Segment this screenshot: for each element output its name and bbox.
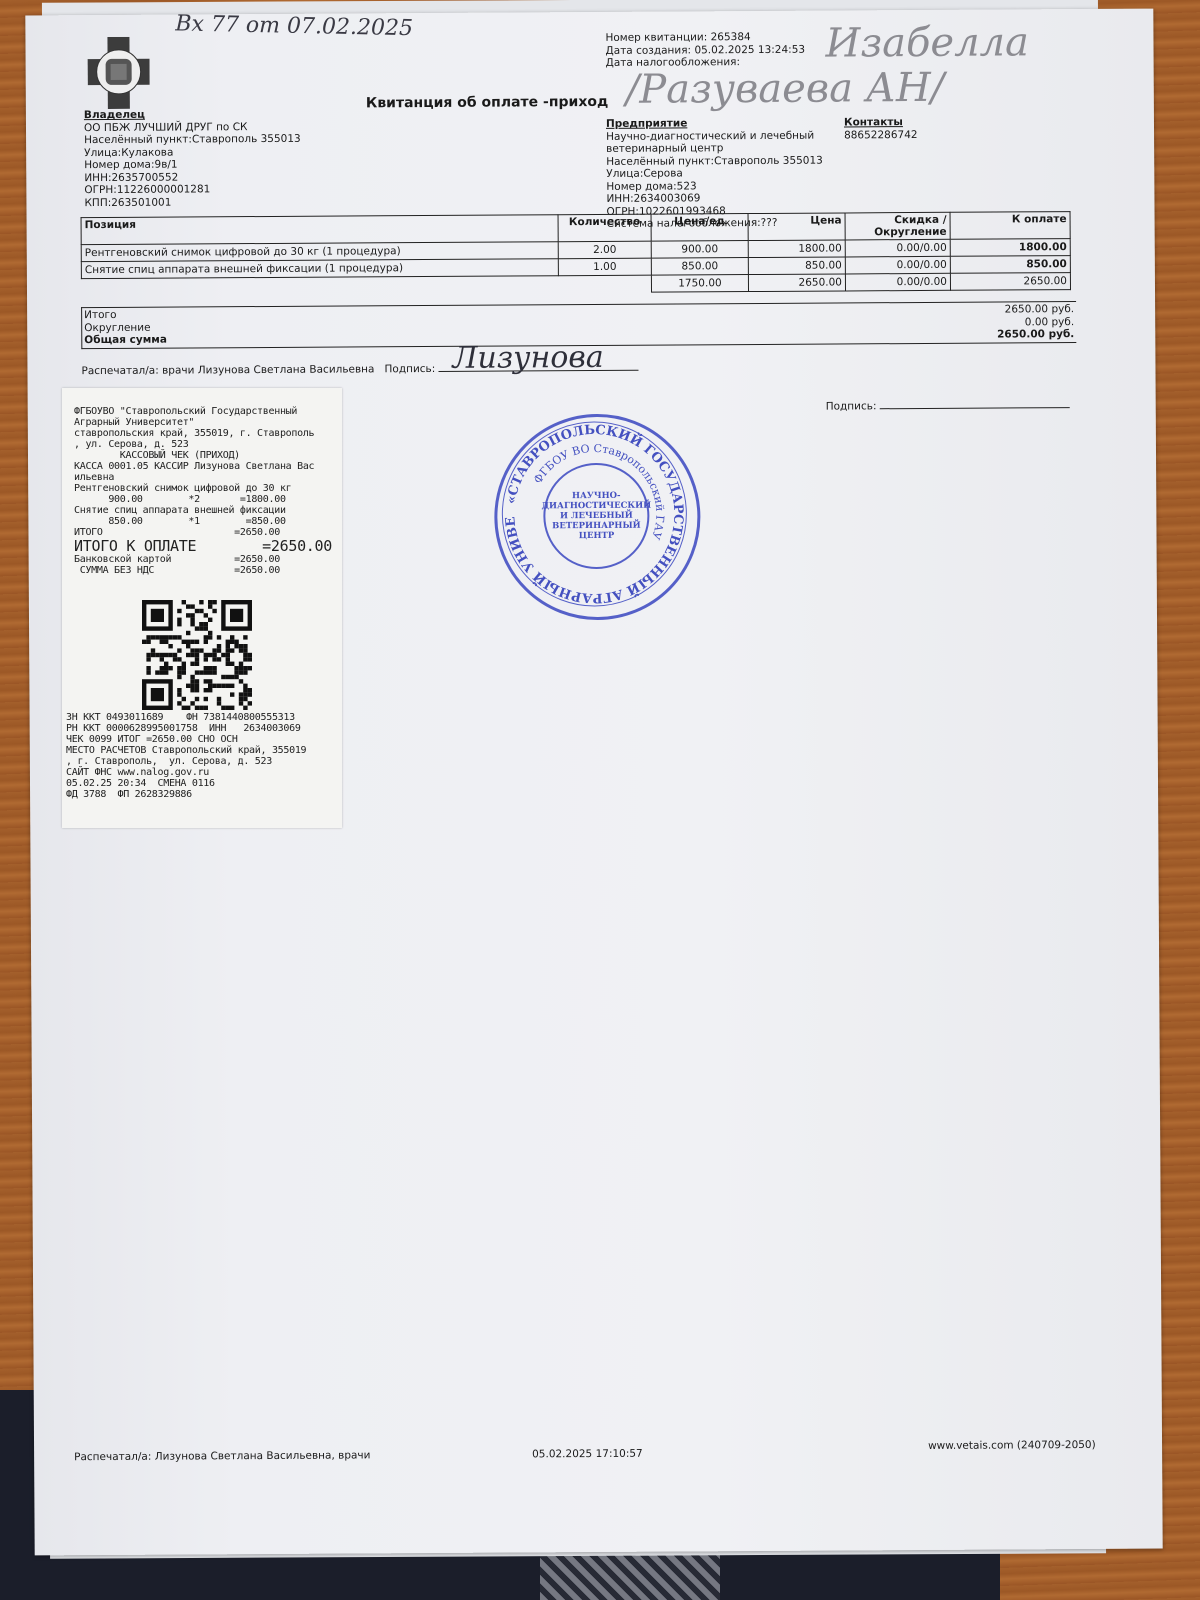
contacts-heading: Контакты	[844, 116, 918, 129]
receipt-line: САЙТ ФНС www.nalog.gov.ru	[66, 767, 306, 778]
receipt-line: ЗН ККТ 0493011689 ФН 7381440800555313	[66, 712, 306, 723]
services-table: Позиция Количество Цена/ед Цена Скидка /…	[81, 211, 1071, 296]
receipt-line: КАССОВЫЙ ЧЕК (ПРИХОД)	[74, 450, 332, 461]
receipt-line: ставропольския край, 355019, г. Ставропо…	[74, 428, 332, 439]
summary-rounding: 0.00 руб.	[1025, 316, 1074, 329]
cell-qty: 2.00	[558, 241, 651, 259]
receipt-meta: Номер квитанции: 265384 Дата создания: 0…	[605, 31, 805, 70]
total-unit-price: 1750.00	[651, 275, 748, 293]
receipt-number-label: Номер квитанции:	[605, 31, 707, 44]
contact-phone: 88652286742	[844, 129, 918, 142]
col-to-pay: К оплате	[950, 212, 1070, 240]
receipt-total-row: ИТОГО К ОПЛАТЕ =2650.00	[74, 538, 332, 554]
receipt-total-value: =2650.00	[262, 538, 332, 554]
cell-price: 1800.00	[748, 240, 845, 258]
receipt-line: 900.00 *2 =1800.00	[74, 494, 332, 505]
handwritten-client-name: /Разуваева АН/	[626, 65, 945, 113]
receipt-line: МЕСТО РАСЧЕТОВ Ставропольский край, 3550…	[66, 745, 306, 756]
contacts-block: Контакты 88652286742	[844, 116, 918, 141]
cell-discount: 0.00/0.00	[845, 256, 950, 274]
summary-total: 2650.00 руб.	[1005, 303, 1075, 316]
cell-unit-price: 900.00	[651, 241, 748, 259]
footer-site-link[interactable]: www.vetais.com (240709-2050)	[928, 1439, 1096, 1452]
receipt-line: ФД 3788 ФП 2628329886	[66, 789, 306, 800]
created-label: Дата создания:	[605, 44, 691, 57]
receipt-line: , ул. Серова, д. 523	[74, 439, 332, 450]
cash-register-receipt: ФГБОУВО "Ставропольский ГосударственныйА…	[62, 388, 342, 828]
receipt-body-lines: ФГБОУВО "Ставропольский ГосударственныйА…	[74, 406, 332, 538]
owner-line: Населённый пункт:Ставрополь 355013	[84, 133, 301, 147]
receipt-line: Снятие спиц аппарата внешней фиксации	[74, 505, 332, 516]
document-title: Квитанция об оплате -приход	[366, 94, 609, 111]
cell-unit-price: 850.00	[651, 258, 748, 276]
cross-emblem-icon	[87, 37, 149, 109]
signature2-line	[880, 407, 1070, 409]
second-signature-line: Подпись:	[826, 399, 1070, 413]
receipt-line: ЧЕК 0099 ИТОГ =2650.00 СНО ОСН	[66, 734, 306, 745]
footer-datetime: 05.02.2025 17:10:57	[532, 1448, 643, 1461]
handwritten-signature: Лизунова	[452, 340, 604, 376]
summary-grand: 2650.00 руб.	[997, 328, 1074, 341]
receipt-line: РН ККТ 0000628995001758 ИНН 2634003069	[66, 723, 306, 734]
receipt-line: ильевна	[74, 472, 332, 483]
clinic-logo	[87, 37, 149, 109]
receipt-line: Рентгеновский снимок цифровой до 30 кг	[74, 483, 332, 494]
stamp-center-line: ВЕТЕРИНАРНЫЙ	[542, 521, 652, 532]
organization-stamp: «СТАВРОПОЛЬСКИЙ ГОСУДАРСТВЕННЫЙ АГРАРНЫЙ…	[494, 413, 701, 620]
receipt-line: 850.00 *1 =850.00	[74, 516, 332, 527]
printed-by-text: Распечатал/а: врачи Лизунова Светлана Ва…	[81, 363, 374, 377]
col-quantity: Количество	[558, 214, 651, 242]
receipt-line: СУММА БЕЗ НДС =2650.00	[74, 565, 332, 576]
footer-printed-by: Распечатал/а: Лизунова Светлана Васильев…	[74, 1449, 370, 1463]
receipt-line: , г. Ставрополь, ул. Серова, д. 523	[66, 756, 306, 767]
cell-discount: 0.00/0.00	[845, 239, 950, 257]
owner-block: Владелец ОО ПБЖ ЛУЧШИЙ ДРУГ по СК Населё…	[84, 108, 301, 209]
signature2-label: Подпись:	[826, 400, 877, 412]
cell-to-pay: 1800.00	[950, 239, 1070, 257]
receipt-line: КАССА 0001.05 КАССИР Лизунова Светлана В…	[74, 461, 332, 472]
signature-label: Подпись:	[384, 363, 435, 375]
stamp-center: НАУЧНО- ДИАГНОСТИЧЕСКИЙ И ЛЕЧЕБНЫЙ ВЕТЕР…	[543, 463, 650, 570]
stamp-center-line: НАУЧНО-	[541, 491, 651, 502]
owner-line: КПП:263501001	[84, 195, 301, 209]
handwritten-pet-name: Изабелла	[825, 19, 1029, 66]
handwritten-incoming-note: Вх 77 от 07.02.2025	[175, 11, 413, 41]
col-position: Позиция	[81, 215, 558, 245]
summary-total-label: Итого	[84, 309, 116, 322]
cell-qty: 1.00	[558, 258, 651, 276]
col-price: Цена	[748, 213, 845, 241]
stamp-center-line: И ЛЕЧЕБНЫЙ	[541, 511, 651, 522]
receipt-number: 265384	[711, 31, 751, 43]
qr-code-icon[interactable]	[142, 600, 252, 710]
cell-to-pay: 850.00	[950, 256, 1070, 274]
enterprise-line: Научно-диагностический и лечебный	[606, 129, 823, 143]
summary-grand-label: Общая сумма	[84, 334, 167, 347]
receipt-line: 05.02.25 20:34 СМЕНА 0116	[66, 778, 306, 789]
receipt-payment-lines: Банковской картой =2650.00 СУММА БЕЗ НДС…	[74, 554, 332, 576]
enterprise-line: Населённый пункт:Ставрополь 355013	[606, 154, 823, 168]
total-to-pay: 2650.00	[950, 273, 1070, 291]
total-discount: 0.00/0.00	[845, 273, 950, 291]
col-discount: Скидка / Округление	[845, 212, 950, 240]
stamp-center-line: ДИАГНОСТИЧЕСКИЙ	[541, 501, 651, 512]
total-price: 2650.00	[748, 274, 845, 292]
cell-price: 850.00	[748, 257, 845, 275]
receipt-fiscal-footer: ЗН ККТ 0493011689 ФН 7381440800555313РН …	[66, 712, 306, 800]
page-footer: Распечатал/а: Лизунова Светлана Васильев…	[74, 1445, 1134, 1451]
col-unit-price: Цена/ед	[651, 214, 748, 242]
stamp-center-line: ЦЕНТР	[542, 531, 652, 542]
receipt-total-label: ИТОГО К ОПЛАТЕ	[74, 538, 196, 554]
receipt-line: Банковской картой =2650.00	[74, 554, 332, 565]
receipt-line: ФГБОУВО "Ставропольский Государственный	[74, 406, 332, 417]
created-date: 05.02.2025 13:24:53	[694, 43, 805, 56]
receipt-line: Аграрный Университет"	[74, 417, 332, 428]
summary-rounding-label: Округление	[84, 321, 150, 334]
